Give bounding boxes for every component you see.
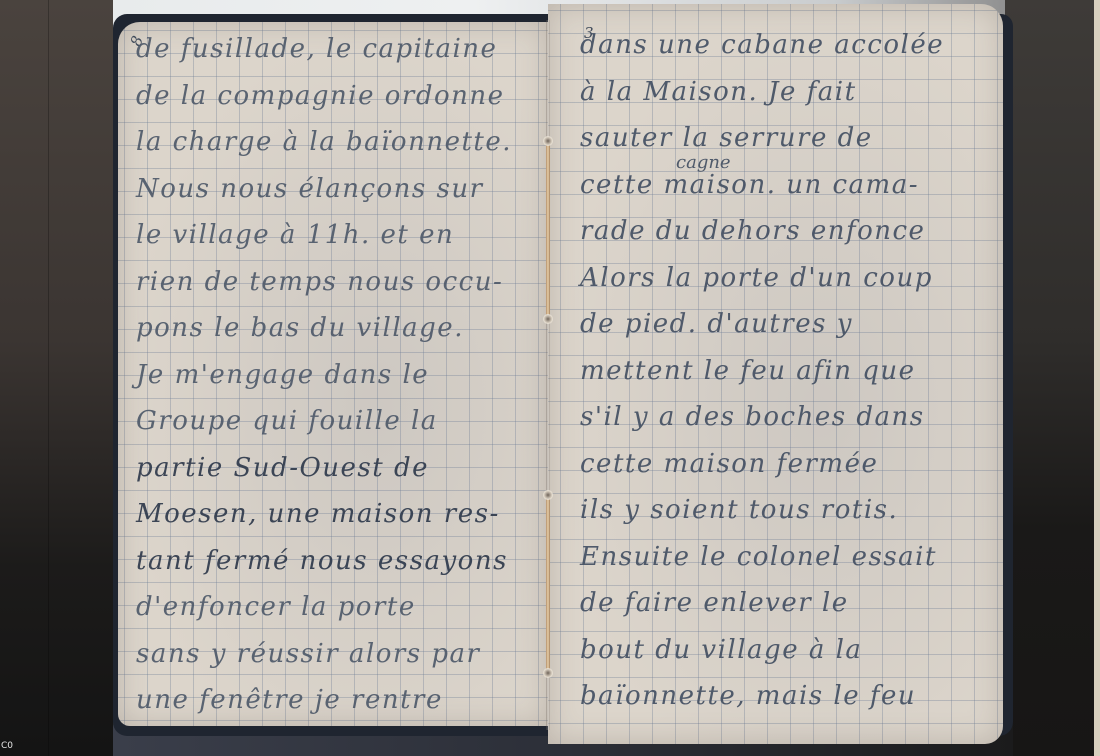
handwritten-line: mettent le feu afin que xyxy=(580,348,944,395)
handwritten-line: Nous nous élançons sur xyxy=(136,166,512,213)
left-page: 8 de fusillade, le capitaine de la compa… xyxy=(118,22,548,726)
handwritten-line: baïonnette, mais le feu xyxy=(580,673,944,720)
handwritten-line: Groupe qui fouille la xyxy=(136,398,512,445)
handwritten-line: partie Sud-Ouest de xyxy=(136,445,512,492)
left-page-lines: de fusillade, le capitaine de la compagn… xyxy=(136,26,512,724)
handwritten-line: Je m'engage dans le xyxy=(136,352,512,399)
handwritten-line: Ensuite le colonel essait xyxy=(580,534,944,581)
stitch-hole xyxy=(543,136,553,146)
stitch-hole xyxy=(543,668,553,678)
right-page-lines: dans une cabane accolée à la Maison. Je … xyxy=(580,22,944,720)
handwritten-line: dans une cabane accolée xyxy=(580,22,944,69)
stitch-hole xyxy=(543,314,553,324)
binding-thread-upper xyxy=(546,140,550,318)
handwritten-line: de pied. d'autres y xyxy=(580,301,944,348)
handwritten-line: s'il y a des boches dans xyxy=(580,394,944,441)
handwritten-line: une fenêtre je rentre xyxy=(136,677,512,724)
handwritten-line: d'enfoncer la porte xyxy=(136,584,512,631)
stitch-hole xyxy=(543,490,553,500)
handwritten-line: pons le bas du village. xyxy=(136,305,512,352)
handwritten-line: ils y soient tous rotis. xyxy=(580,487,944,534)
handwritten-line: cette maison. un cama- xyxy=(580,162,944,209)
handwritten-line: rade du dehors enfonce xyxy=(580,208,944,255)
handwritten-line: Moesen, une maison res- xyxy=(136,491,512,538)
handwritten-line: le village à 11h. et en xyxy=(136,212,512,259)
handwritten-line: de fusillade, le capitaine xyxy=(136,26,512,73)
handwritten-line: de la compagnie ordonne xyxy=(136,73,512,120)
handwritten-line: sans y réussir alors par xyxy=(136,631,512,678)
handwritten-line: bout du village à la xyxy=(580,627,944,674)
handwritten-line: rien de temps nous occu- xyxy=(136,259,512,306)
handwritten-line: de faire enlever le xyxy=(580,580,944,627)
binding-thread-lower xyxy=(546,494,550,674)
handwritten-line: à la Maison. Je fait xyxy=(580,69,944,116)
overlay-label: C0 xyxy=(1,741,13,751)
handwritten-line: cette maison fermée xyxy=(580,441,944,488)
handwritten-line: tant fermé nous essayons xyxy=(136,538,512,585)
background-left-panel xyxy=(0,0,113,756)
background-right-strip xyxy=(1094,0,1100,756)
background-seam xyxy=(48,0,49,756)
background-right-panel xyxy=(1005,0,1094,756)
handwritten-line: la charge à la baïonnette. xyxy=(136,119,512,166)
right-page: 3 cagne dans une cabane accolée à la Mai… xyxy=(548,4,1003,744)
handwritten-line: Alors la porte d'un coup xyxy=(580,255,944,302)
handwritten-line: sauter la serrure de xyxy=(580,115,944,162)
